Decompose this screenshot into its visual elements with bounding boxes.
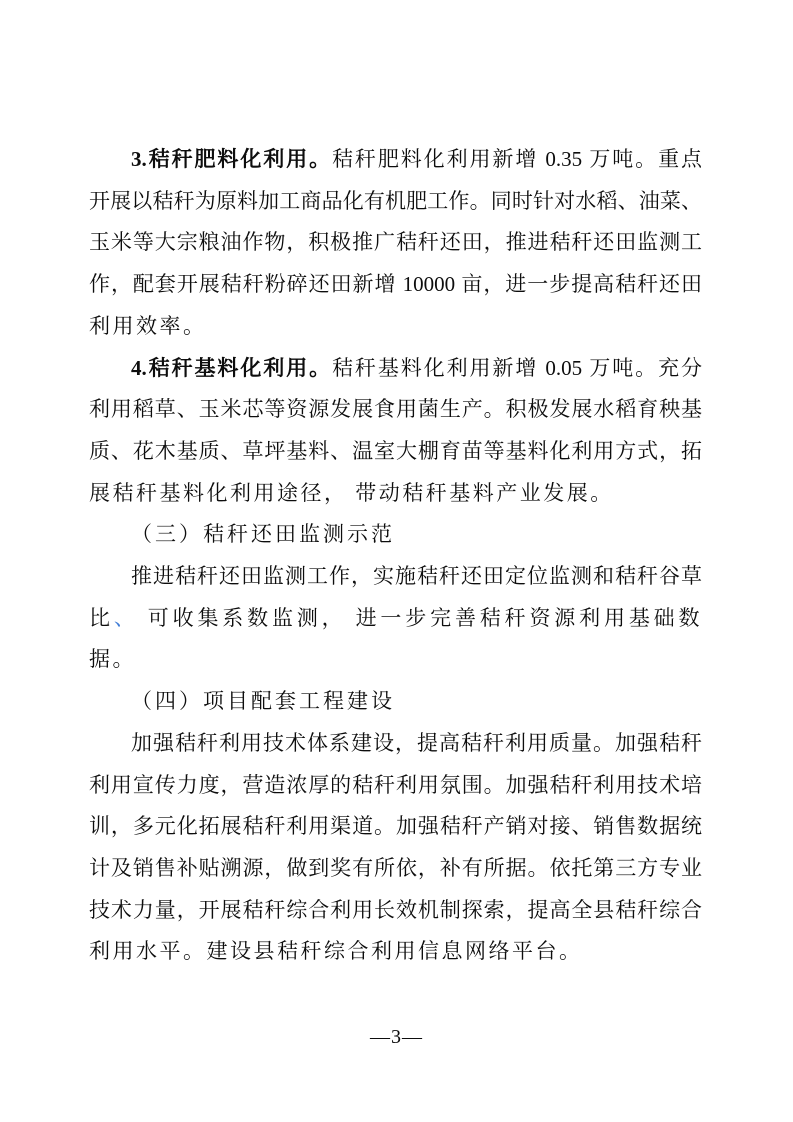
- text-line: 3.秸秆肥料化利用。秸秆肥料化利用新增 0.35 万吨。重点: [89, 139, 702, 181]
- text-line: 作，配套开展秸秆粉碎还田新增 10000 亩，进一步提高秸秆还田: [89, 264, 702, 306]
- document-page: 3.秸秆肥料化利用。秸秆肥料化利用新增 0.35 万吨。重点开展以秸秆为原料加工…: [0, 0, 793, 1122]
- text-line: 推进秸秆还田监测工作，实施秸秆还田定位监测和秸秆谷草: [89, 556, 702, 598]
- text-line: 加强秸秆利用技术体系建设，提高秸秆利用质量。加强秸秆: [89, 723, 702, 765]
- text-run: 展秸秆基料化利用途径， 带动秸秆基料产业发展。: [89, 481, 614, 505]
- text-line: 质、花木基质、草坪基料、温室大棚育苗等基料化利用方式，拓: [89, 431, 702, 473]
- text-line: 利用效率。: [89, 306, 702, 348]
- page-number: —3—: [370, 1026, 423, 1048]
- text-line: 展秸秆基料化利用途径， 带动秸秆基料产业发展。: [89, 473, 702, 515]
- text-line: 技术力量，开展秸秆综合利用长效机制探索，提高全县秸秆综合: [89, 890, 702, 932]
- document-body: 3.秸秆肥料化利用。秸秆肥料化利用新增 0.35 万吨。重点开展以秸秆为原料加工…: [89, 139, 702, 973]
- text-run: 利用效率。: [89, 314, 207, 338]
- text-run: 秸秆肥料化利用新增 0.35 万吨。重点: [332, 147, 702, 171]
- text-line: 开展以秸秆为原料加工商品化有机肥工作。同时针对水稻、油菜、: [89, 181, 702, 223]
- text-run: （四）项目配套工程建设: [131, 689, 395, 713]
- text-line: 4.秸秆基料化利用。秸秆基料化利用新增 0.05 万吨。充分: [89, 348, 702, 390]
- text-run: 秸秆基料化利用新增 0.05 万吨。充分: [332, 356, 702, 380]
- text-line: 玉米等大宗粮油作物，积极推广秸秆还田，推进秸秆还田监测工: [89, 222, 702, 264]
- text-line: 利用水平。建设县秸秆综合利用信息网络平台。: [89, 931, 702, 973]
- text-run: 利用水平。建设县秸秆综合利用信息网络平台。: [89, 939, 583, 963]
- text-run: 训，多元化拓展秸秆利用渠道。加强秸秆产销对接、销售数据统: [89, 814, 702, 838]
- text-line: 利用宣传力度，营造浓厚的秸秆利用氛围。加强秸秆利用技术培: [89, 765, 702, 807]
- text-line: 比、 可收集系数监测， 进一步完善秸秆资源利用基础数据。: [89, 598, 702, 681]
- text-line: 训，多元化拓展秸秆利用渠道。加强秸秆产销对接、销售数据统: [89, 806, 702, 848]
- text-run: 技术力量，开展秸秆综合利用长效机制探索，提高全县秸秆综合: [89, 898, 702, 922]
- text-run: 利用宣传力度，营造浓厚的秸秆利用氛围。加强秸秆利用技术培: [89, 773, 702, 797]
- text-run: 比: [89, 606, 114, 630]
- text-run: 玉米等大宗粮油作物，积极推广秸秆还田，推进秸秆还田监测工: [89, 230, 702, 254]
- text-line: 计及销售补贴溯源，做到奖有所依，补有所据。依托第三方专业: [89, 848, 702, 890]
- text-run: 3.秸秆肥料化利用。: [131, 147, 332, 171]
- text-run: 作，配套开展秸秆粉碎还田新增 10000 亩，进一步提高秸秆还田: [89, 272, 702, 296]
- text-run: 计及销售补贴溯源，做到奖有所依，补有所据。依托第三方专业: [89, 856, 702, 880]
- page-footer: —3—: [0, 1026, 793, 1049]
- text-run: 开展以秸秆为原料加工商品化有机肥工作。同时针对水稻、油菜、: [89, 189, 702, 213]
- text-run: 质、花木基质、草坪基料、温室大棚育苗等基料化利用方式，拓: [89, 439, 702, 463]
- text-run: 推进秸秆还田监测工作，实施秸秆还田定位监测和秸秆谷草: [131, 564, 702, 588]
- text-run: 4.秸秆基料化利用。: [131, 356, 332, 380]
- text-run: 、: [114, 606, 139, 630]
- section-heading: （三）秸秆还田监测示范: [89, 514, 702, 556]
- section-heading: （四）项目配套工程建设: [89, 681, 702, 723]
- text-line: 利用稻草、玉米芯等资源发展食用菌生产。积极发展水稻育秧基: [89, 389, 702, 431]
- text-run: （三）秸秆还田监测示范: [131, 522, 395, 546]
- text-run: 加强秸秆利用技术体系建设，提高秸秆利用质量。加强秸秆: [131, 731, 702, 755]
- text-run: 利用稻草、玉米芯等资源发展食用菌生产。积极发展水稻育秧基: [89, 397, 702, 421]
- text-run: 可收集系数监测， 进一步完善秸秆资源利用基础数据。: [89, 606, 702, 672]
